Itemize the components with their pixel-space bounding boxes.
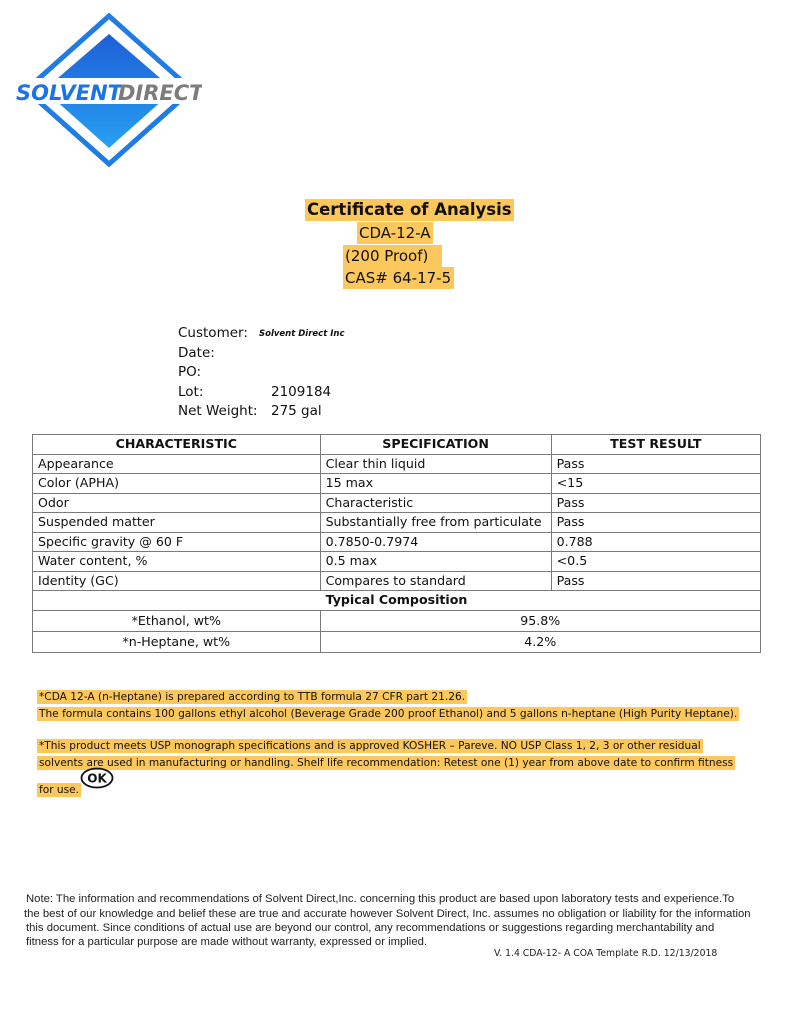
formula-note-line-2: The formula contains 100 gallons ethyl a… — [37, 706, 739, 722]
specification-cell: Compares to standard — [320, 571, 551, 591]
composition-value: 4.2% — [320, 631, 760, 652]
info-lot: Lot: 2109184 — [178, 383, 345, 403]
specification-cell: Clear thin liquid — [320, 454, 551, 474]
composition-name: *Ethanol, wt% — [33, 610, 321, 631]
usp-note-text-2: solvents are used in manufacturing or ha… — [37, 756, 735, 770]
table-row: Suspended matterSubstantially free from … — [33, 513, 761, 533]
net-weight-value: 275 gal — [271, 402, 322, 422]
disclaimer-line-1: Note: The information and recommendation… — [26, 892, 734, 907]
result-cell: Pass — [551, 493, 760, 513]
table-row: Specific gravity @ 60 F0.7850-0.79740.78… — [33, 532, 761, 552]
usp-note-line-1: *This product meets USP monograph specif… — [37, 738, 703, 754]
order-info: Customer: Solvent Direct Inc Date: PO: L… — [178, 324, 345, 422]
composition-header-row: Typical Composition — [33, 591, 761, 611]
info-customer: Customer: Solvent Direct Inc — [178, 324, 345, 344]
analysis-table: CHARACTERISTIC SPECIFICATION TEST RESULT… — [32, 434, 761, 653]
result-cell: Pass — [551, 513, 760, 533]
product-code: CDA-12-A — [357, 222, 433, 244]
table-row: OdorCharacteristicPass — [33, 493, 761, 513]
composition-row: *n-Heptane, wt%4.2% — [33, 631, 761, 652]
customer-value: Solvent Direct Inc — [259, 325, 345, 344]
specification-cell: 0.7850-0.7974 — [320, 532, 551, 552]
table-row: AppearanceClear thin liquidPass — [33, 454, 761, 474]
characteristic-cell: Specific gravity @ 60 F — [33, 532, 321, 552]
header-characteristic: CHARACTERISTIC — [33, 435, 321, 455]
svg-text:DIRECT: DIRECT — [118, 81, 202, 105]
usp-note-line-2: solvents are used in manufacturing or ha… — [37, 755, 735, 771]
svg-text:OK: OK — [87, 772, 107, 786]
info-date: Date: — [178, 344, 345, 364]
info-label: Date: — [178, 344, 271, 364]
composition-title: Typical Composition — [33, 591, 761, 611]
disclaimer-line-2: the best of our knowledge and belief the… — [24, 907, 751, 922]
info-label: Net Weight: — [178, 402, 271, 422]
table-row: Water content, %0.5 max<0.5 — [33, 552, 761, 572]
info-label: Lot: — [178, 383, 271, 403]
characteristic-cell: Identity (GC) — [33, 571, 321, 591]
specification-cell: 15 max — [320, 474, 551, 494]
info-net-weight: Net Weight: 275 gal — [178, 402, 345, 422]
solvent-direct-logo: SOLVENT DIRECT — [12, 12, 202, 172]
result-cell: <15 — [551, 474, 760, 494]
diamond-logo-icon: SOLVENT DIRECT — [12, 12, 202, 172]
info-label: Customer: — [178, 324, 271, 344]
table-body: AppearanceClear thin liquidPassColor (AP… — [33, 454, 761, 652]
result-cell: <0.5 — [551, 552, 760, 572]
characteristic-cell: Suspended matter — [33, 513, 321, 533]
composition-value: 95.8% — [320, 610, 760, 631]
formula-note-text-2: The formula contains 100 gallons ethyl a… — [37, 707, 739, 721]
kosher-ok-icon: OK — [80, 767, 114, 789]
table-header-row: CHARACTERISTIC SPECIFICATION TEST RESULT — [33, 435, 761, 455]
lot-value: 2109184 — [271, 383, 331, 403]
specification-cell: Characteristic — [320, 493, 551, 513]
info-label: PO: — [178, 363, 271, 383]
svg-text:SOLVENT: SOLVENT — [16, 81, 124, 105]
characteristic-cell: Water content, % — [33, 552, 321, 572]
table-row: Identity (GC)Compares to standardPass — [33, 571, 761, 591]
info-po: PO: — [178, 363, 345, 383]
formula-note-line-1: *CDA 12-A (n-Heptane) is prepared accord… — [37, 689, 467, 705]
specification-cell: Substantially free from particulate — [320, 513, 551, 533]
result-cell: Pass — [551, 571, 760, 591]
product-proof: (200 Proof) — [343, 245, 442, 267]
template-version: V. 1.4 CDA-12- A COA Template R.D. 12/13… — [494, 948, 717, 959]
formula-note-text-1: *CDA 12-A (n-Heptane) is prepared accord… — [37, 690, 467, 704]
header-test-result: TEST RESULT — [551, 435, 760, 455]
result-cell: Pass — [551, 454, 760, 474]
characteristic-cell: Color (APHA) — [33, 474, 321, 494]
specification-cell: 0.5 max — [320, 552, 551, 572]
usp-note-text-3: for use. — [37, 783, 81, 797]
document-title: Certificate of Analysis — [305, 199, 514, 221]
table-row: Color (APHA)15 max<15 — [33, 474, 761, 494]
cas-number: CAS# 64-17-5 — [343, 267, 454, 289]
characteristic-cell: Odor — [33, 493, 321, 513]
disclaimer-line-4: fitness for a particular purpose are mad… — [26, 935, 427, 950]
characteristic-cell: Appearance — [33, 454, 321, 474]
composition-name: *n-Heptane, wt% — [33, 631, 321, 652]
composition-row: *Ethanol, wt%95.8% — [33, 610, 761, 631]
result-cell: 0.788 — [551, 532, 760, 552]
disclaimer-line-3: this document. Since conditions of actua… — [26, 921, 714, 936]
header-specification: SPECIFICATION — [320, 435, 551, 455]
usp-note-text-1: *This product meets USP monograph specif… — [37, 739, 703, 753]
usp-note-line-3: for use. — [37, 782, 81, 798]
